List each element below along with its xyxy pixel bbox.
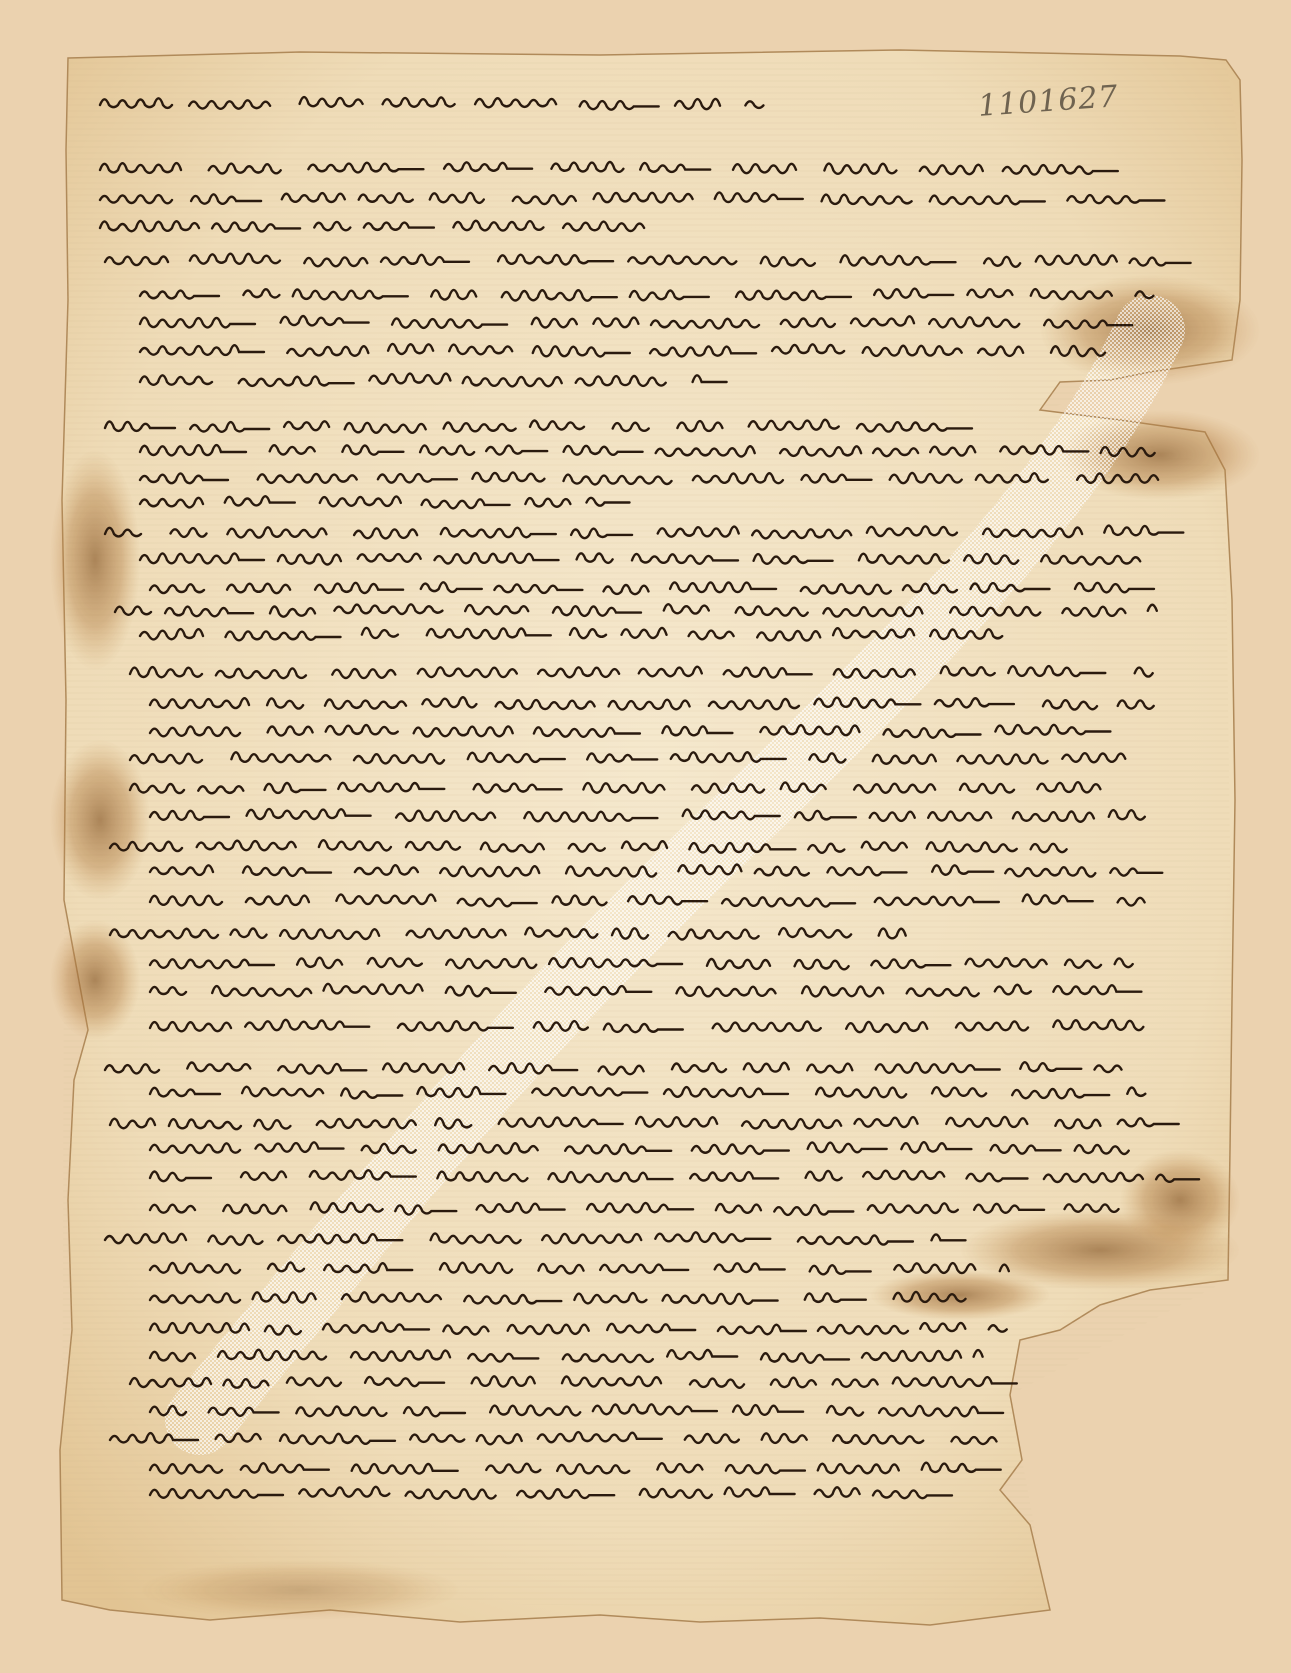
manuscript-sheet	[0, 0, 1291, 1673]
manuscript-viewer: 1101627	[0, 0, 1291, 1673]
